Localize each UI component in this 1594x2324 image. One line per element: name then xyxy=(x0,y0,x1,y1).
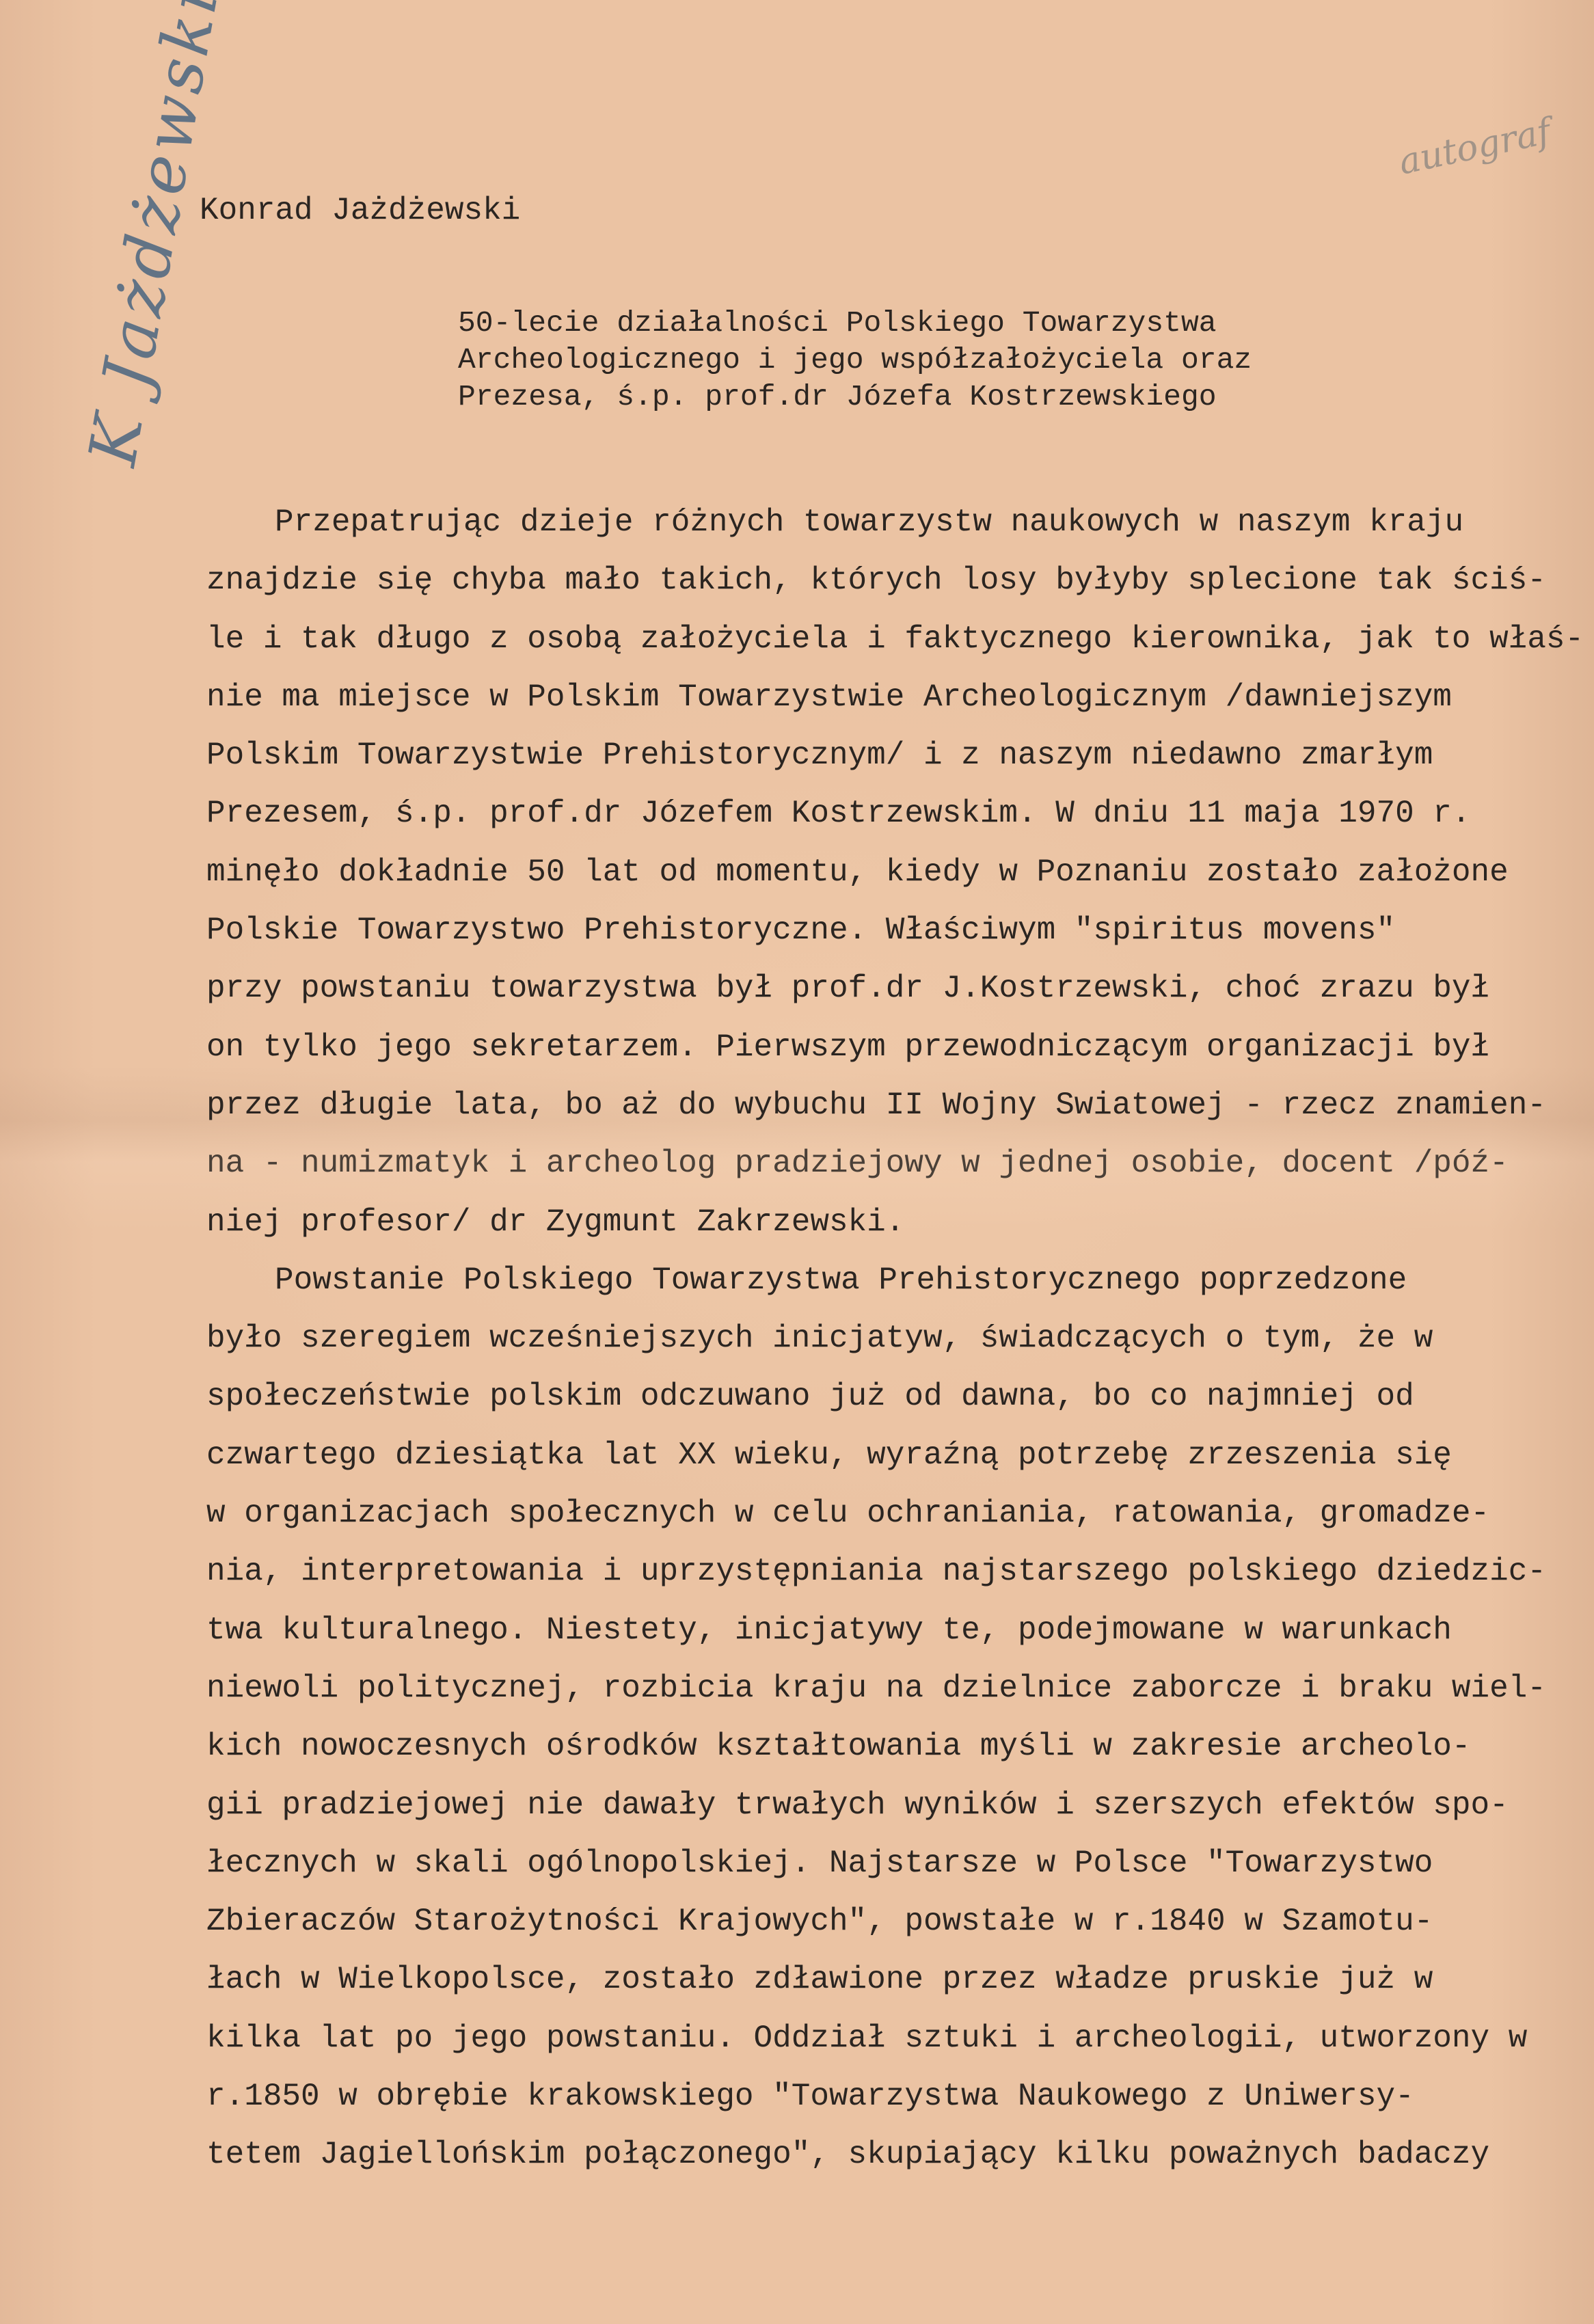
body-line: twa kulturalnego. Niestety, inicjatywy t… xyxy=(206,1602,1478,1660)
title-line: Archeologicznego i jego współzałożyciela… xyxy=(458,342,1252,379)
body-line: przez długie lata, bo aż do wybuchu II W… xyxy=(206,1077,1478,1135)
body-line: kilka lat po jego powstaniu. Oddział szt… xyxy=(206,2010,1478,2068)
body-line: Prezesem, ś.p. prof.dr Józefem Kostrzews… xyxy=(206,785,1478,843)
body-line: minęło dokładnie 50 lat od momentu, kied… xyxy=(206,843,1478,902)
paragraph-2-start: Powstanie Polskiego Towarzystwa Prehisto… xyxy=(206,1252,1478,1310)
paragraph-1-start: Przepatrując dzieje różnych towarzystw n… xyxy=(206,494,1478,552)
body-line: przy powstaniu towarzystwa był prof.dr J… xyxy=(206,960,1478,1018)
body-line: łach w Wielkopolsce, zostało zdławione p… xyxy=(206,1951,1478,2009)
body-line: społeczeństwie polskim odczuwano już od … xyxy=(206,1368,1478,1426)
body-line: Polskie Towarzystwo Prehistoryczne. Właś… xyxy=(206,902,1478,960)
body-line: łecznych w skali ogólnopolskiej. Najstar… xyxy=(206,1835,1478,1893)
body-line: le i tak długo z osobą założyciela i fak… xyxy=(206,610,1478,668)
body-line: na - numizmatyk i archeolog pradziejowy … xyxy=(206,1135,1478,1193)
body-line: on tylko jego sekretarzem. Pierwszym prz… xyxy=(206,1018,1478,1077)
title-line: 50-lecie działalności Polskiego Towarzys… xyxy=(458,305,1252,342)
body-line: było szeregiem wcześniejszych inicjatyw,… xyxy=(206,1310,1478,1368)
body-line: tetem Jagiellońskim połączonego", skupia… xyxy=(206,2126,1478,2184)
author-name: Konrad Jażdżewski xyxy=(200,190,520,231)
body-line: nie ma miejsce w Polskim Towarzystwie Ar… xyxy=(206,668,1478,727)
body-line: Zbieraczów Starożytności Krajowych", pow… xyxy=(206,1893,1478,1951)
title-line: Prezesa, ś.p. prof.dr Józefa Kostrzewski… xyxy=(458,379,1252,416)
body-text: Przepatrując dzieje różnych towarzystw n… xyxy=(206,494,1478,2185)
body-line: w organizacjach społecznych w celu ochra… xyxy=(206,1485,1478,1543)
body-line: niewoli politycznej, rozbicia kraju na d… xyxy=(206,1660,1478,1718)
document-title: 50-lecie działalności Polskiego Towarzys… xyxy=(458,305,1252,416)
body-line: kich nowoczesnych ośrodków kształtowania… xyxy=(206,1718,1478,1776)
body-line: znajdzie się chyba mało takich, których … xyxy=(206,552,1478,610)
body-line: niej profesor/ dr Zygmunt Zakrzewski. xyxy=(206,1193,1478,1252)
body-line: r.1850 w obrębie krakowskiego "Towarzyst… xyxy=(206,2068,1478,2126)
body-line: nia, interpretowania i uprzystępniania n… xyxy=(206,1543,1478,1601)
body-line: czwartego dziesiątka lat XX wieku, wyraź… xyxy=(206,1427,1478,1485)
body-line: Polskim Towarzystwie Prehistorycznym/ i … xyxy=(206,727,1478,785)
body-line: gii pradziejowej nie dawały trwałych wyn… xyxy=(206,1776,1478,1835)
